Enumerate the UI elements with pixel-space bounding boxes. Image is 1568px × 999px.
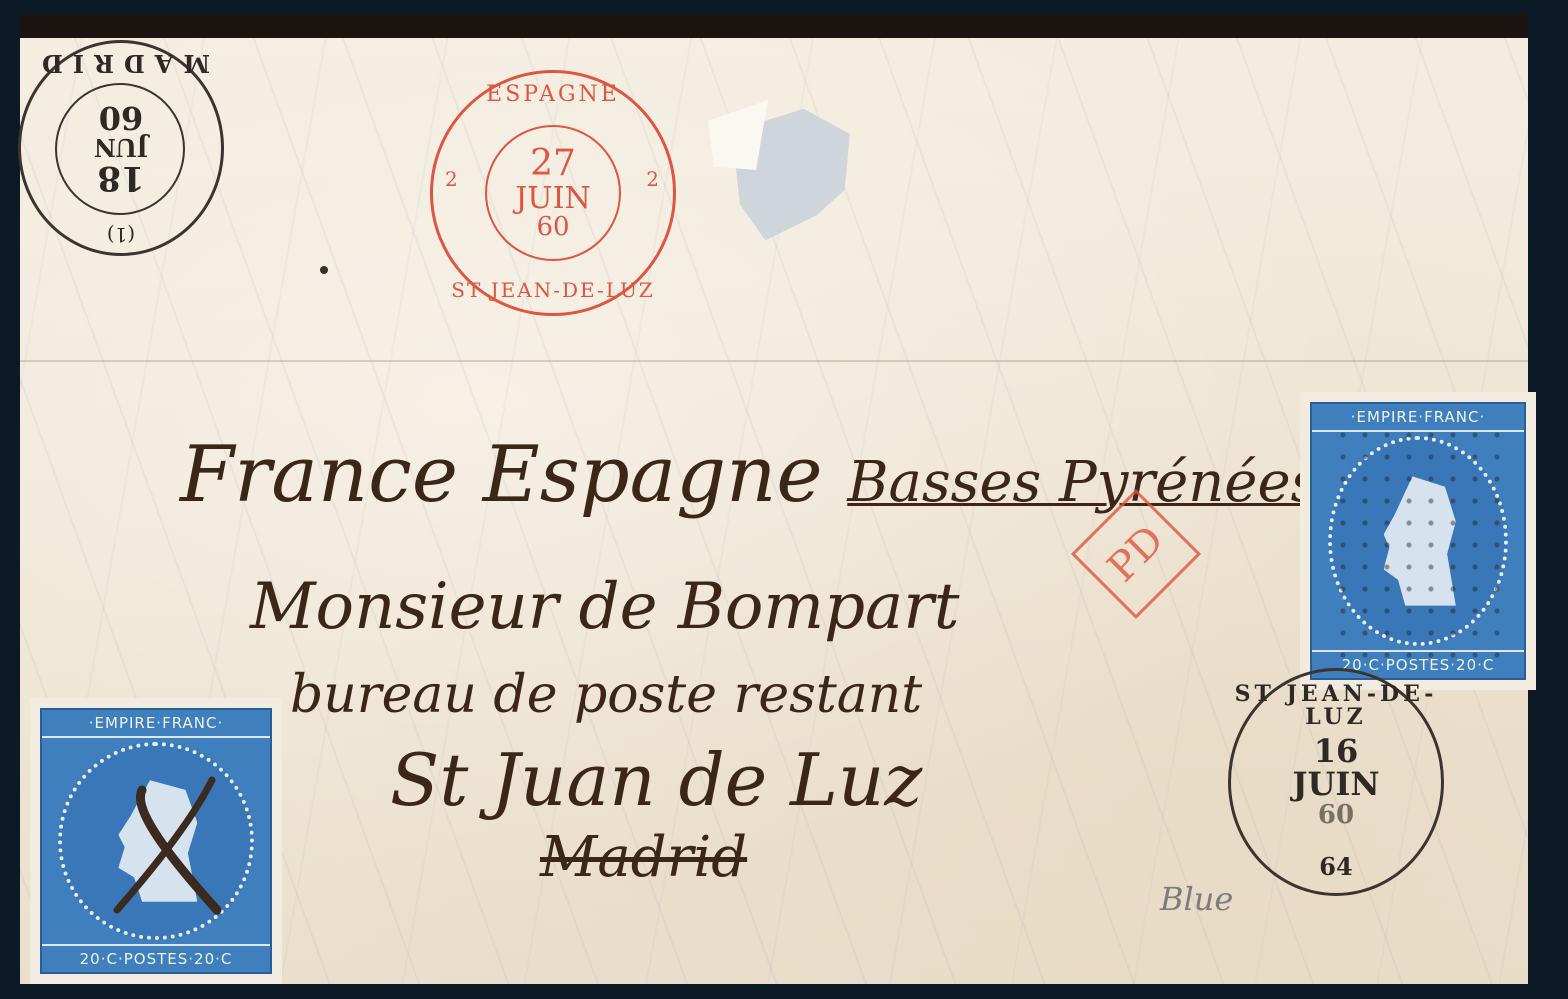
lozenge-cancel — [1332, 424, 1504, 658]
st-jean-de-luz-postmark: ST JEAN-DE-LUZ 16 JUIN 60 64 — [1228, 668, 1444, 896]
pen-cross-cancel-icon — [102, 770, 232, 920]
stamp-left: ·EMPIRE·FRANC· 20·C·POSTES·20·C — [30, 698, 282, 984]
black-border-band — [20, 14, 1528, 38]
address-recipient: Monsieur de Bompart — [250, 570, 960, 644]
address-department: Basses Pyrénées — [847, 450, 1319, 515]
stamp-top-label: ·EMPIRE·FRANC· — [42, 710, 270, 738]
ink-spot — [320, 266, 328, 274]
pencil-annotation: Blue — [1160, 880, 1233, 918]
address-town: St Juan de Luz — [390, 738, 922, 822]
postmark-office: (1) — [21, 224, 221, 245]
postmark-inner-ring — [485, 125, 621, 261]
postmark-inner-ring — [55, 83, 185, 215]
stamp-face: ·EMPIRE·FRANC· 20·C·POSTES·20·C — [1310, 402, 1526, 680]
postmark-department-number: 64 — [1231, 854, 1441, 879]
postmark-year: 60 — [1318, 802, 1354, 829]
address-line-3: bureau de poste restant — [290, 665, 922, 725]
stamp-bottom-label: 20·C·POSTES·20·C — [42, 944, 270, 972]
fold-line — [20, 360, 1528, 362]
stamp-right: ·EMPIRE·FRANC· 20·C·POSTES·20·C — [1300, 392, 1536, 690]
postmark-day: 16 — [1314, 735, 1359, 769]
postmark-ring-top: ST JEAN-DE-LUZ — [1231, 683, 1441, 729]
postmark-city: MADRID — [21, 51, 221, 76]
madrid-postmark: (1) 18 JUN 60 MADRID — [18, 40, 224, 256]
address-destination: France Espagne — [180, 430, 823, 520]
postmark-ring-bottom: ST JEAN-DE-LUZ — [433, 280, 673, 301]
postmark-ring-top: ESPAGNE — [433, 83, 673, 106]
postmark-month: JUIN — [1292, 768, 1379, 802]
postmark-ring-right: 2 — [646, 169, 659, 190]
stamp-face: ·EMPIRE·FRANC· 20·C·POSTES·20·C — [40, 708, 272, 974]
espagne-entry-postmark: ESPAGNE 2 2 27 JUIN 60 ST JEAN-DE-LUZ — [430, 70, 676, 316]
address-crossed-city: Madrid — [540, 825, 747, 890]
postmark-ring-left: 2 — [445, 169, 458, 190]
